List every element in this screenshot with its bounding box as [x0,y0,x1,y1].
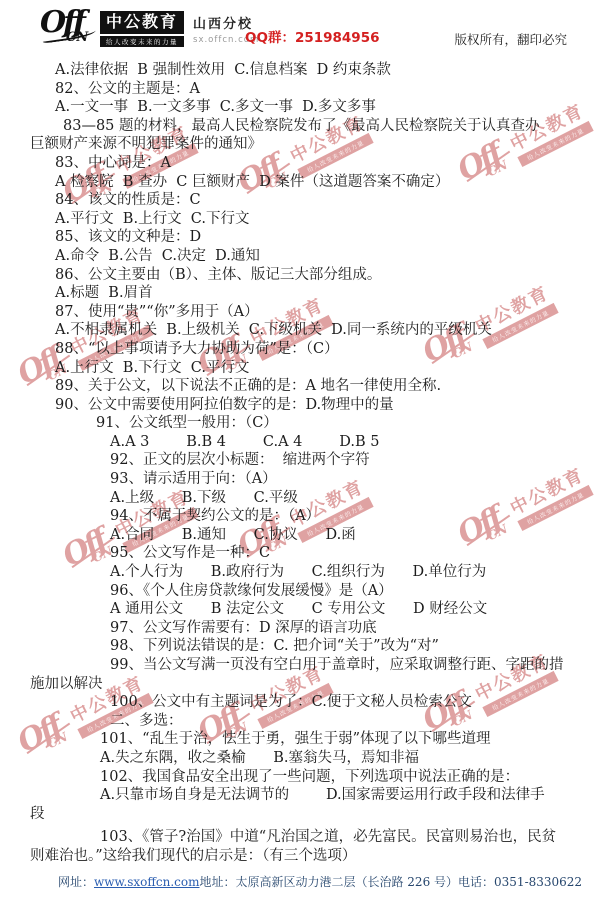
text-line: A.平行文 B.上行文 C.下行文 [30,210,590,229]
text-line: A.命令 B.公告 C.决定 D.通知 [30,247,590,266]
qq-group-number: QQ群：251984956 [245,26,380,46]
text-line: 91、公文纸型一般用：（C） [30,414,590,433]
text-line: A.合同 B.通知 C.协议 D.函 [30,526,590,545]
footer-site-link[interactable]: www.sxoffcn.com [94,875,199,889]
text-line: 93、请示适用于向：（A） [30,470,590,489]
text-line: 98、下列说法错误的是：C. 把介词“关于”改为“对” [30,637,590,656]
text-line: A.失之东隅，收之桑榆 B.塞翁失马，焉知非福 [30,749,590,768]
page-footer: 网址：www.sxoffcn.com 地址：太原高新区动力港二层（长治路 226… [58,873,568,890]
text-line: 101、“乱生于治，怯生于勇，强生于弱”体现了以下哪些道理 [30,730,590,749]
offcn-logo: Off CN 中公教育 给人改变未来的力量 山西分校 sx.offcn.com [40,10,259,48]
text-line: 95、公文写作是一种：C [30,544,590,563]
text-line: 83—85 题的材料，最高人民检察院发布了《最高人民检察院关于认真查办 [30,117,590,136]
text-line: 92、正文的层次小标题： 缩进两个字符 [30,451,590,470]
text-line: A.上级 B.下级 C.平级 [30,489,590,508]
text-line: 89、关于公文，以下说法不正确的是：A 地名一律使用全称. [30,377,590,396]
footer-site: 网址：www.sxoffcn.com [58,873,199,890]
text-line: A 通用公文 B 法定公文 C 专用公文 D 财经公文 [30,600,590,619]
text-line: 巨额财产来源不明犯罪案件的通知》 [30,135,590,154]
text-line: A.法律依据 B 强制性效用 C.信息档案 D 约束条款 [30,61,590,80]
text-line: A.不相隶属机关 B.上级机关 C.下级机关 D.同一系统内的平级机关 [30,321,590,340]
text-line: A.上行文 B.下行文 C.平行文 [30,359,590,378]
text-line: 施加以解决 [30,675,590,694]
logo-cn-text: CN [66,30,88,45]
text-line: 则难治也。”这给我们现代的启示是：（有三个选项） [30,847,590,866]
body-lines: A.法律依据 B 强制性效用 C.信息档案 D 约束条款82、公文的主题是：AA… [30,61,590,866]
logo-brand-text: 中公教育 [100,11,184,33]
text-line: A.A 3 B.B 4 C.A 4 D.B 5 [30,433,590,452]
text-line: A.一文一事 B.一文多事 C.多文一事 D.多文多事 [30,98,590,117]
text-line: 96、《个人住房贷款缘何发展缓慢》是（A） [30,582,590,601]
offcn-script-icon: Off CN [40,10,98,48]
footer-address: 地址：太原高新区动力港二层（长治路 226 号） [199,873,458,890]
text-line: 85、该文的文种是：D [30,228,590,247]
text-line: 88、“以上事项请予大力协助为荷”是：（C） [30,340,590,359]
text-line: 102、我国食品安全出现了一些问题，下列选项中说法正确的是： [30,768,590,787]
text-line: 86、公文主要由（B）、主体、版记三大部分组成。 [30,266,590,285]
logo-brand-block: 中公教育 给人改变未来的力量 [100,11,184,46]
logo-tagline: 给人改变未来的力量 [100,36,184,47]
text-line: 83、中心词是：A [30,154,590,173]
footer-site-label: 网址： [58,875,94,889]
text-line: A.只靠市场自身是无法调节的 D.国家需要运用行政手段和法律手 [30,786,590,805]
text-line: 段 [30,805,590,824]
text-line: A.标题 B.眉首 [30,284,590,303]
text-line: 100、公文中有主题词是为了：C.便于文秘人员检索公文 [30,693,590,712]
copyright-notice: 版权所有，翻印必究 [454,30,567,48]
text-line: 87、使用“贵”“你”多用于（A） [30,303,590,322]
text-line: A.个人行为 B.政府行为 C.组织行为 D.单位行为 [30,563,590,582]
document-page: OffCN中公教育给人改变未来的力量OffCN中公教育给人改变未来的力量OffC… [0,0,600,900]
text-line: 84、该文的性质是：C [30,191,590,210]
text-line: A 检察院 B 查办 C 巨额财产 D 案件（这道题答案不确定） [30,173,590,192]
text-line: 103、《管子?治国》中道“凡治国之道，必先富民。民富则易治也，民贫 [30,828,590,847]
text-line: 90、公文中需要使用阿拉伯数字的是：D.物理中的量 [30,396,590,415]
text-line: 82、公文的主题是：A [30,80,590,99]
text-line: 99、当公文写满一页没有空白用于盖章时，应采取调整行距、字距的措 [30,656,590,675]
footer-phone: 电话：0351-8330622 [458,873,582,890]
text-line: 二、多选： [30,712,590,731]
text-line: 94、不属于契约公文的是：（A） [30,507,590,526]
text-line: 97、公文写作需要有：D 深厚的语言功底 [30,619,590,638]
